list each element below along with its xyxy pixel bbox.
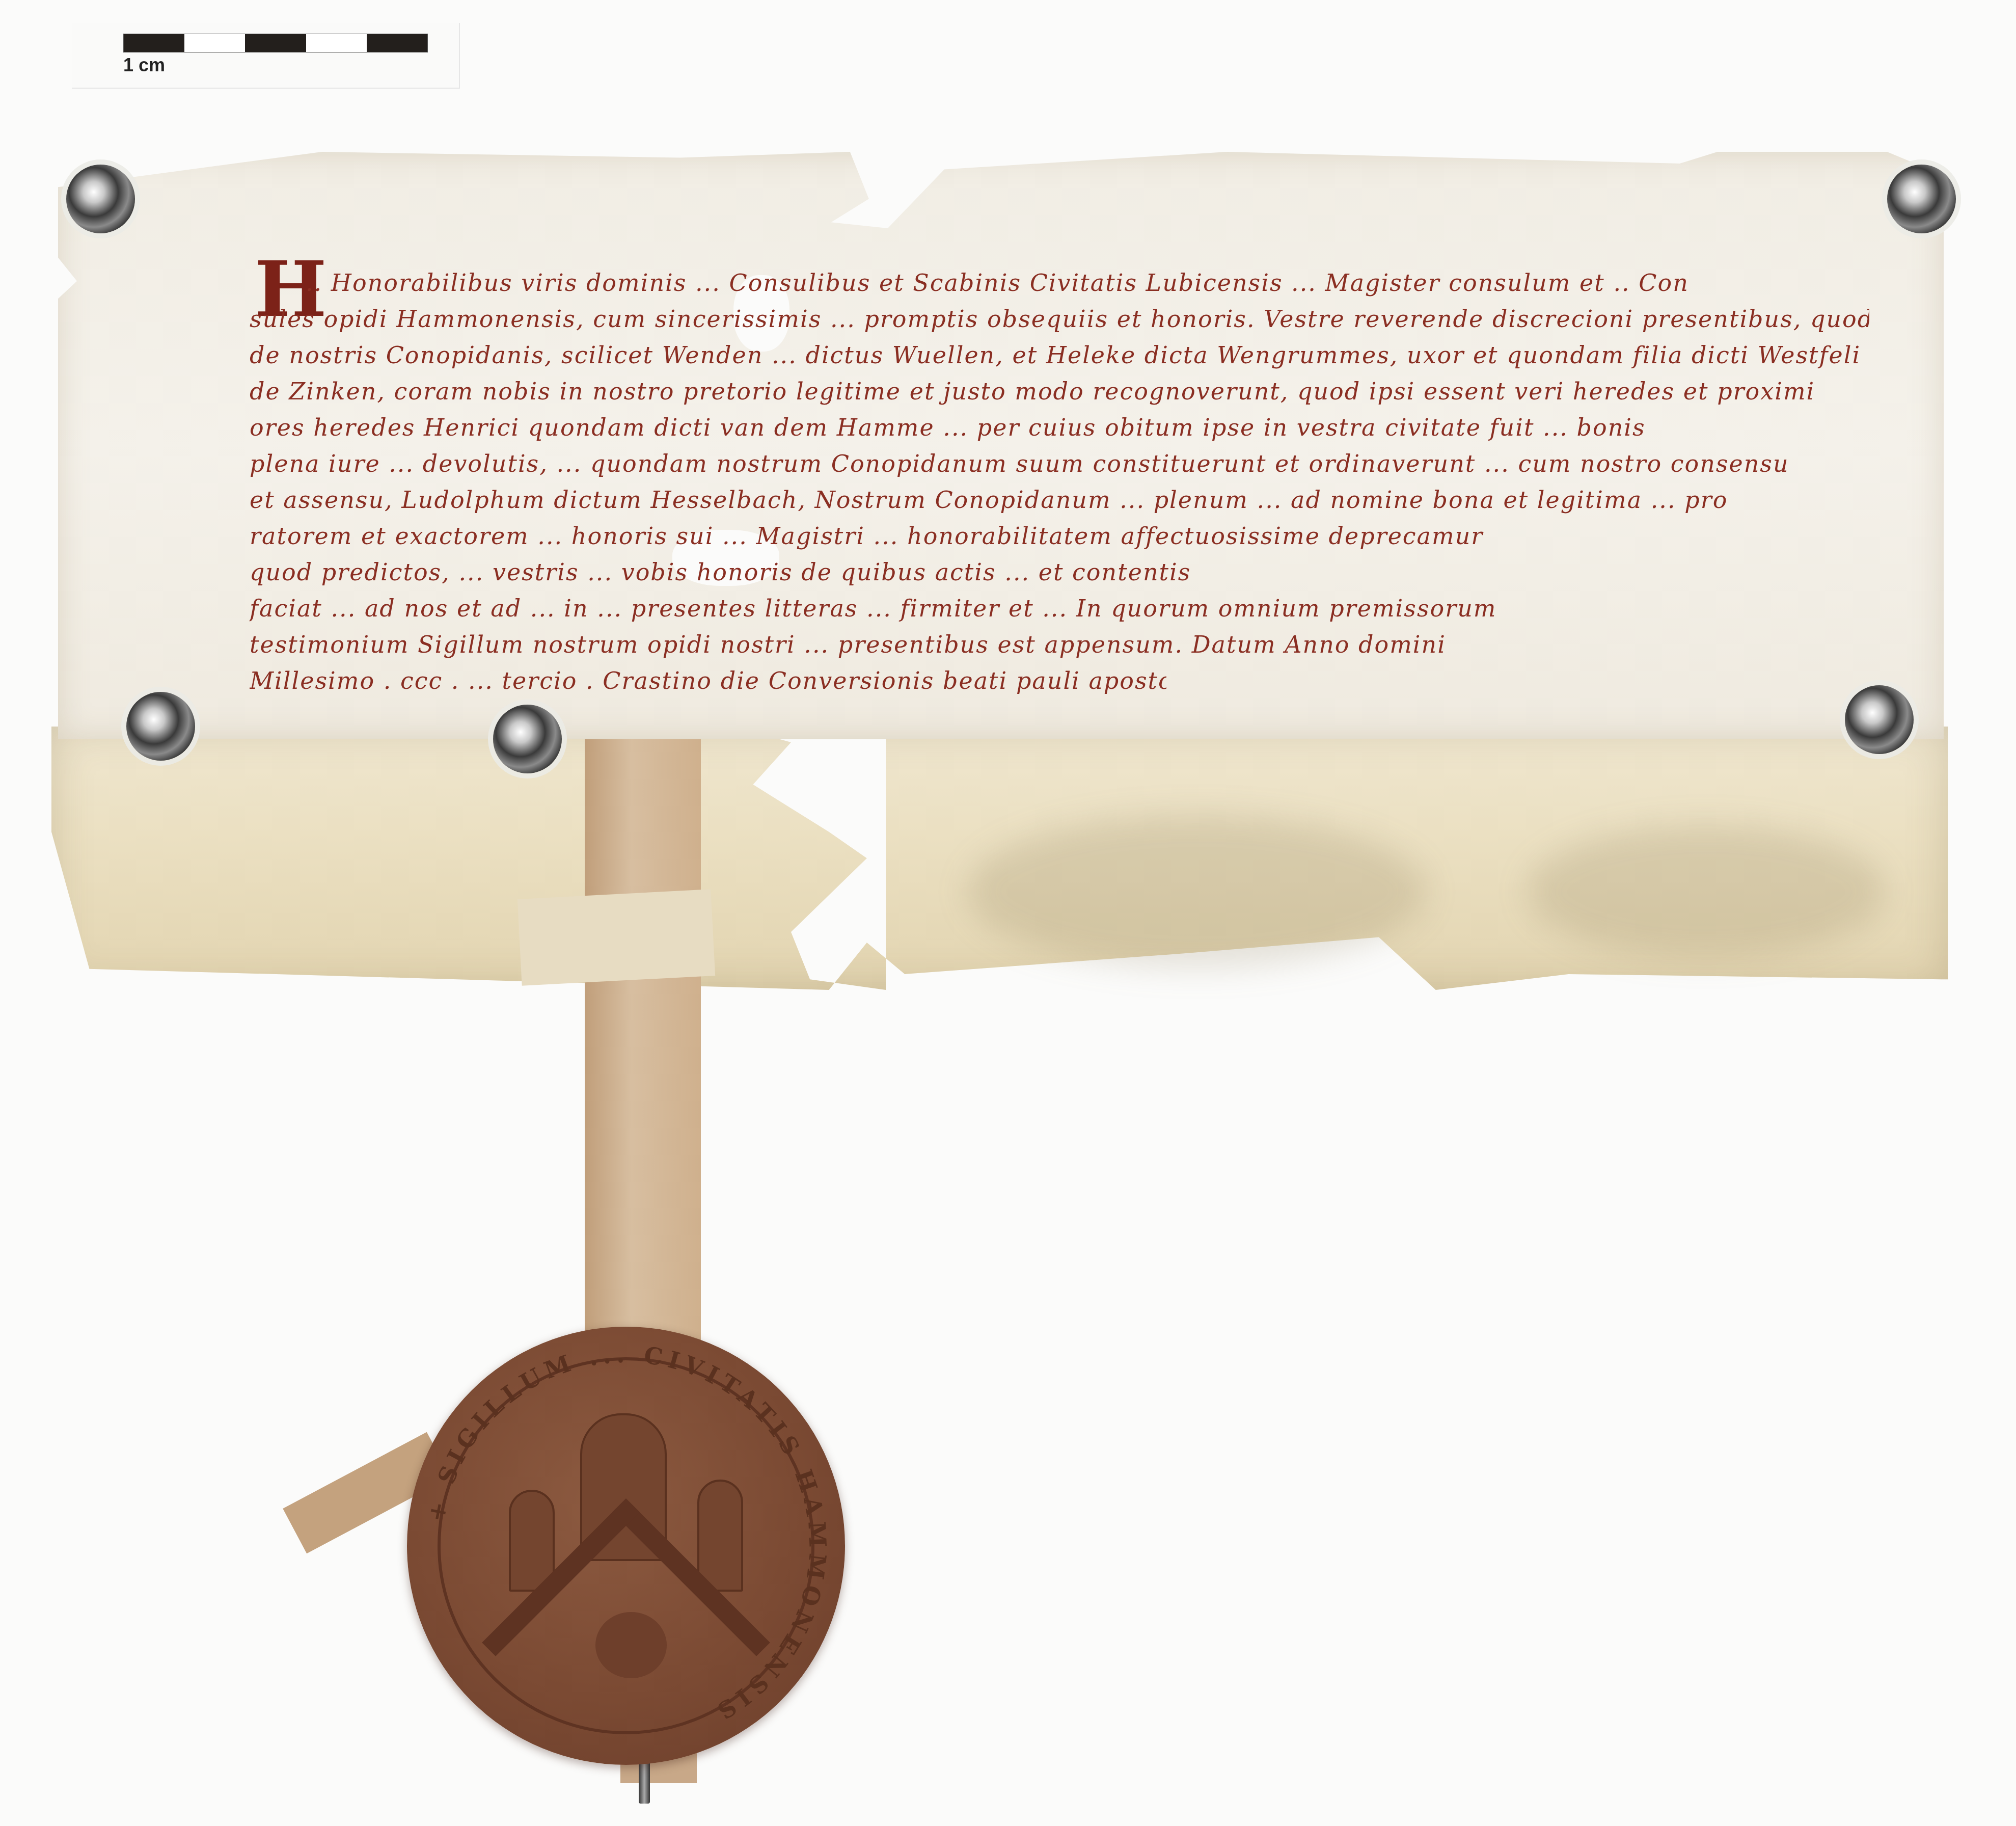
text-line: de nostris Conopidanis, scilicet Wenden … — [250, 337, 1869, 373]
strap-band — [517, 889, 715, 986]
scale-segment — [367, 34, 427, 52]
svg-text:+ SIGILLUM ... CIVITATIS HAMMO: + SIGILLUM ... CIVITATIS HAMMONENSIS — [422, 1340, 832, 1728]
stain — [1528, 825, 1885, 958]
mounting-screw-icon — [1887, 165, 1956, 233]
scale-segment — [306, 34, 367, 52]
mounting-screw-icon — [1845, 685, 1914, 754]
mounting-screw-icon — [126, 692, 195, 761]
scale-segment — [184, 34, 245, 52]
scale-bar — [123, 34, 428, 52]
text-line: ratorem et exactorem ... honoris sui ...… — [250, 518, 1869, 554]
mounting-screw-icon — [493, 705, 562, 773]
charter-text: .. Honorabilibus viris dominis ... Consu… — [250, 265, 1869, 699]
text-line: plena iure ... devolutis, ... quondam no… — [250, 446, 1869, 482]
scale-segment — [245, 34, 306, 52]
stain — [968, 815, 1426, 968]
text-line: faciat ... ad nos et ad ... in ... prese… — [250, 590, 1869, 627]
seal-legend: + SIGILLUM ... CIVITATIS HAMMONENSIS — [407, 1327, 845, 1765]
text-line: .. Honorabilibus viris dominis ... Consu… — [250, 265, 1869, 301]
text-line: Millesimo . ccc . ... tercio . Crastino … — [250, 663, 1166, 699]
scale-segment — [124, 34, 184, 52]
mounting-screw-icon — [66, 165, 135, 233]
text-line: et assensu, Ludolphum dictum Hesselbach,… — [250, 482, 1869, 518]
wax-seal: + SIGILLUM ... CIVITATIS HAMMONENSIS — [407, 1327, 845, 1765]
scale-label: 1 cm — [123, 55, 165, 76]
text-line: sules opidi Hammonensis, cum sincerissim… — [250, 301, 1869, 337]
text-line: quod predictos, ... vestris ... vobis ho… — [250, 554, 1869, 590]
text-line: testimonium Sigillum nostrum opidi nostr… — [250, 627, 1869, 663]
scale-bar-card: 1 cm — [72, 23, 460, 89]
text-line: ores heredes Henrici quondam dicti van d… — [250, 410, 1869, 446]
text-line: de Zinken, coram nobis in nostro pretori… — [250, 373, 1869, 410]
